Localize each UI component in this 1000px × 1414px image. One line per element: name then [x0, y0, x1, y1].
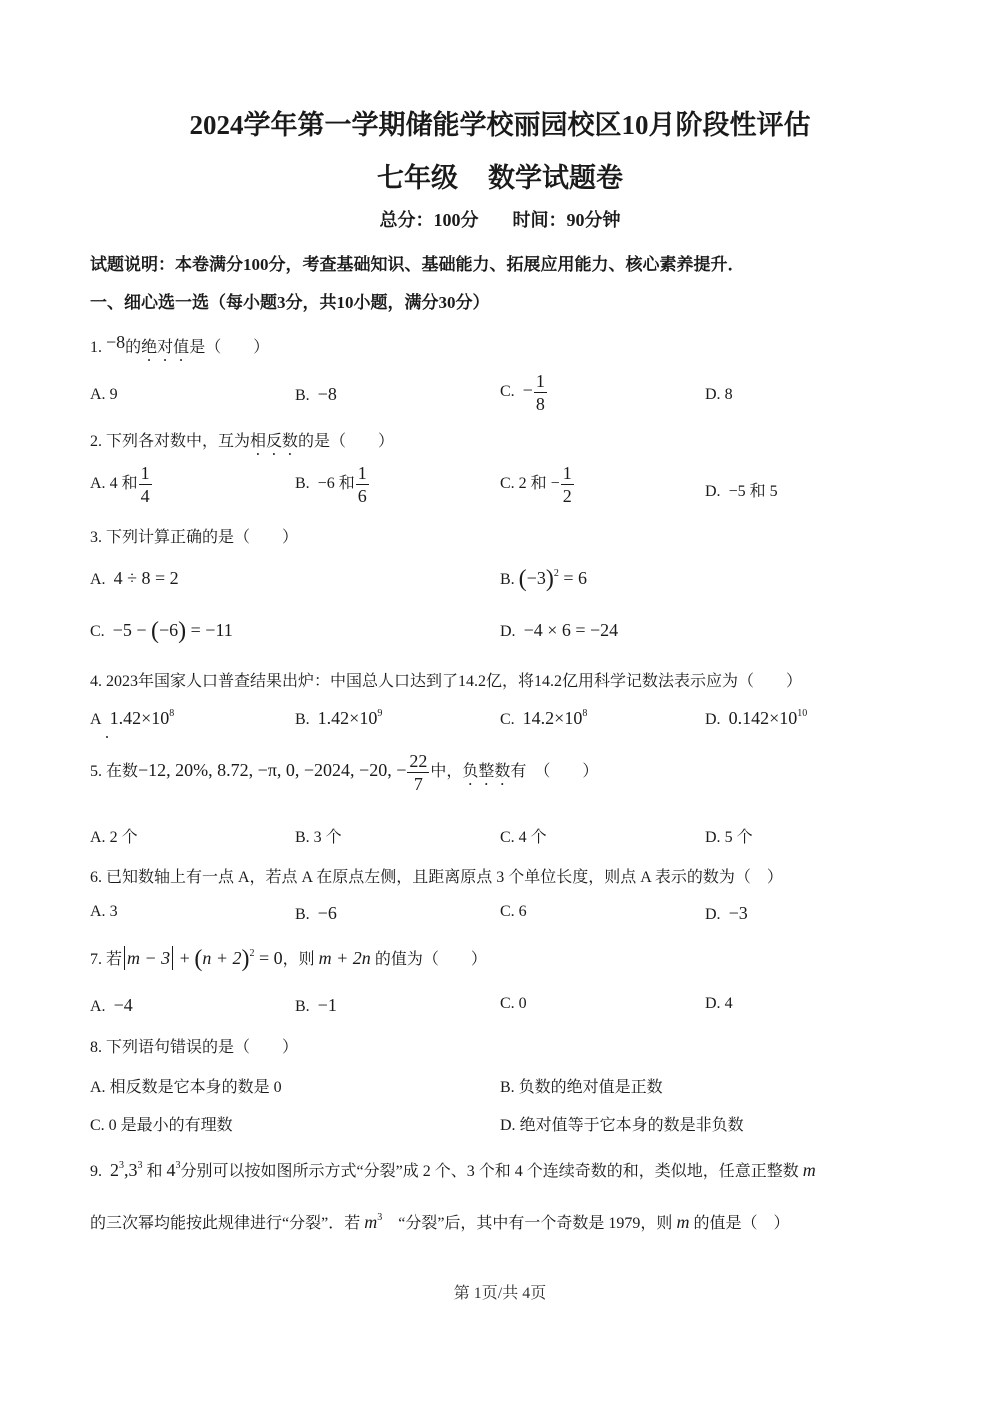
question-9-line-2: 的三次幂均能按此规律进行“分裂”．若 m3 “分裂”后，其中有一个奇数是 197… [90, 1210, 789, 1233]
question-5: 5. 在数−12, 20%, 8.72, −π, 0, −2024, −20, … [90, 752, 598, 793]
q3-option-d[interactable]: D. −4 × 6 = −24 [500, 620, 618, 641]
question-7: 7. 若m − 3 + (n + 2)2 = 0，则 m + 2n 的值为（ ） [90, 946, 487, 973]
answer-dot-mark [106, 736, 108, 738]
fraction: 18 [534, 372, 547, 413]
q7-option-b[interactable]: B. −1 [295, 995, 337, 1016]
page-indicator: 第 1页/共 4页 [0, 1280, 1000, 1303]
instructions: 试题说明：本卷满分100分，考查基础知识、基础能力、拓展应用能力、核心素养提升． [90, 250, 745, 275]
q7-option-c[interactable]: C. 0 [500, 995, 527, 1013]
q5-option-c[interactable]: C. 4 个 [500, 824, 547, 847]
q6-option-b[interactable]: B. −6 [295, 903, 337, 924]
question-4: 4. 2023年国家人口普查结果出炉：中国总人口达到了14.2亿，将14.2亿用… [90, 668, 802, 691]
q8-option-b[interactable]: B. 负数的绝对值是正数 [500, 1074, 663, 1097]
question-6: 6. 已知数轴上有一点 A，若点 A 在原点左侧，且距离原点 3 个单位长度，则… [90, 864, 783, 887]
q2-option-c[interactable]: C. 2 和 −12 [500, 464, 575, 505]
q2-option-b[interactable]: B. −6 和16 [295, 464, 370, 505]
q5-option-d[interactable]: D. 5 个 [705, 824, 753, 847]
question-9-line-1: 9. 23,33 和 43分别可以按如图所示方式“分裂”成 2 个、3 个和 4… [90, 1158, 816, 1181]
question-8: 8. 下列语句错误的是（ ） [90, 1034, 298, 1057]
question-number: 1. [90, 339, 102, 356]
q6-option-a[interactable]: A. 3 [90, 903, 118, 921]
q8-option-a[interactable]: A. 相反数是它本身的数是 0 [90, 1074, 282, 1097]
q1-option-c[interactable]: C. −18 [500, 372, 548, 413]
q1-option-a[interactable]: A. 9 [90, 386, 118, 404]
q6-option-c[interactable]: C. 6 [500, 903, 527, 921]
q1-option-b[interactable]: B. −8 [295, 384, 337, 405]
section-heading: 一、细心选一选（每小题3分，共10小题，满分30分） [90, 288, 490, 313]
exam-time: 时间：90分钟 [513, 210, 621, 230]
q7-option-d[interactable]: D. 4 [705, 995, 733, 1013]
q4-option-b[interactable]: B. 1.42×109 [295, 708, 382, 729]
q4-option-a[interactable]: A 1.42×108 [90, 708, 174, 729]
q5-option-b[interactable]: B. 3 个 [295, 824, 342, 847]
q2-option-a[interactable]: A. 4 和14 [90, 464, 153, 505]
grade-label: 七年级 [377, 163, 458, 193]
question-1: 1. −8的绝对值是（ ） [90, 332, 269, 365]
q1-option-d[interactable]: D. 8 [705, 386, 733, 404]
q4-option-d[interactable]: D. 0.142×1010 [705, 708, 807, 729]
question-3: 3. 下列计算正确的是（ ） [90, 524, 298, 547]
q8-option-c[interactable]: C. 0 是最小的有理数 [90, 1112, 233, 1135]
subject-label: 数学试题卷 [488, 163, 623, 193]
q6-option-d[interactable]: D. −3 [705, 903, 748, 924]
q3-option-a[interactable]: A. 4 ÷ 8 = 2 [90, 568, 179, 589]
exam-title: 2024学年第一学期储能学校丽园校区10月阶段性评估 [0, 103, 1000, 142]
q4-option-c[interactable]: C. 14.2×108 [500, 708, 587, 729]
q5-option-a[interactable]: A. 2 个 [90, 824, 138, 847]
exam-meta: 总分：100分时间：90分钟 [0, 206, 1000, 232]
q3-option-b[interactable]: B. (−3)2 = 6 [500, 566, 587, 593]
exam-subtitle: 七年级数学试题卷 [0, 156, 1000, 195]
total-score: 总分：100分 [380, 210, 479, 230]
q8-option-d[interactable]: D. 绝对值等于它本身的数是非负数 [500, 1112, 744, 1135]
q7-option-a[interactable]: A. −4 [90, 995, 133, 1016]
question-2: 2. 下列各对数中，互为相反数的是（ ） [90, 428, 394, 459]
q3-option-c[interactable]: C. −5 − (−6) = −11 [90, 618, 233, 645]
q2-option-d[interactable]: D. −5 和 5 [705, 478, 778, 501]
